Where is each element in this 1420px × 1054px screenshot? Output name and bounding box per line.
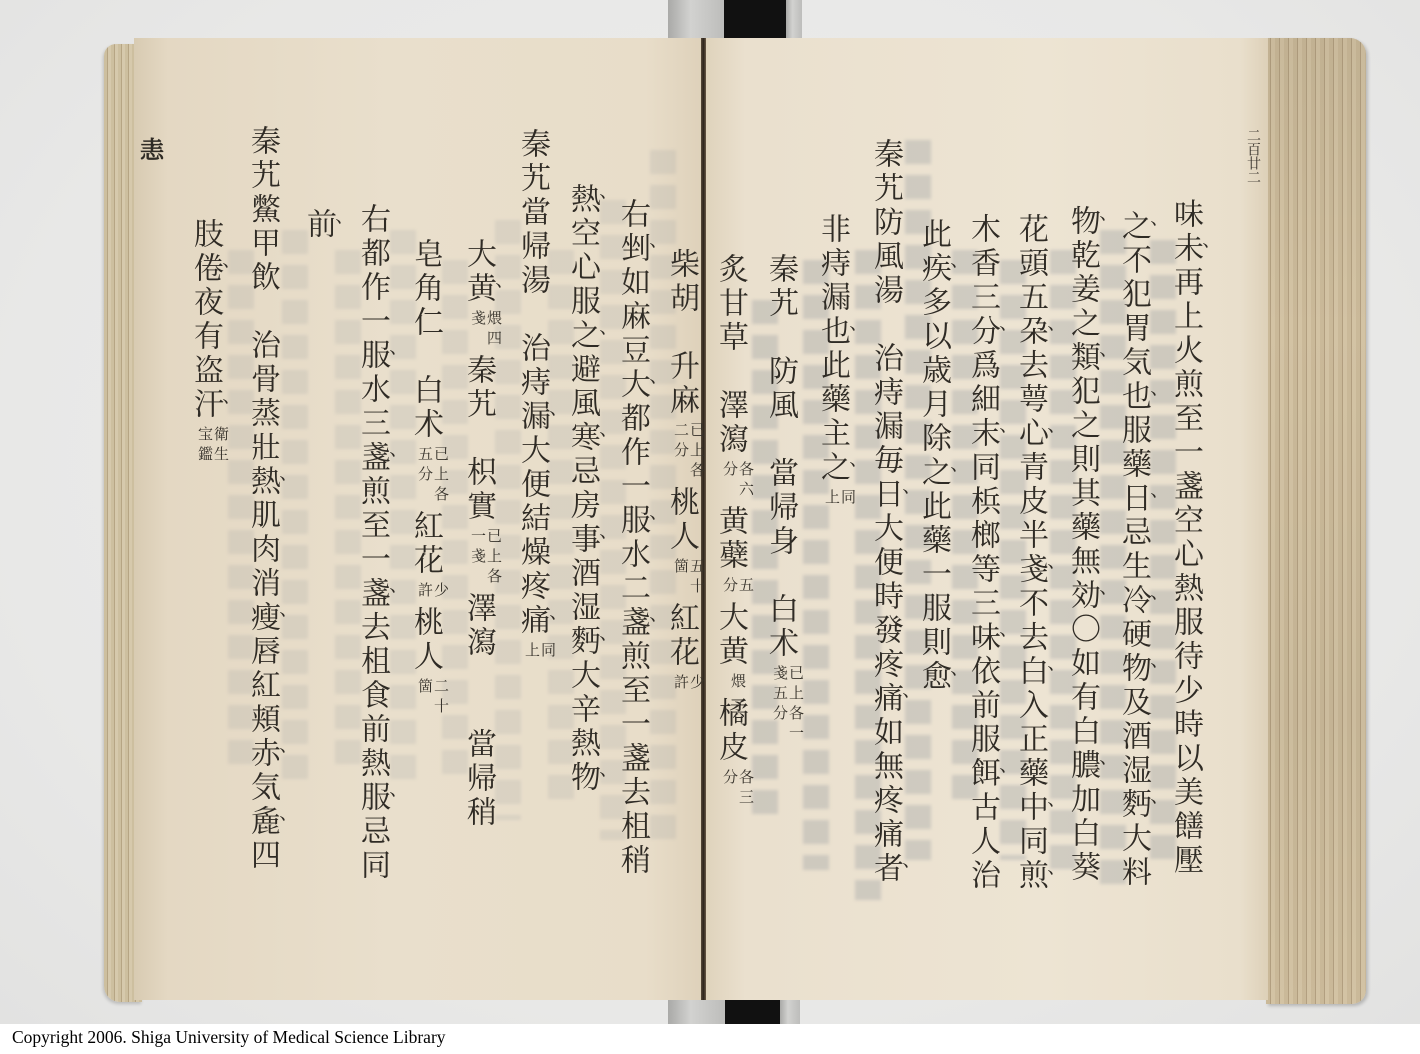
main-text: 味未、再上火煎至一盞空心熱服待少時以美饍壓	[1168, 198, 1203, 878]
bleed-through-column	[282, 230, 308, 790]
text-column: 右都作一服、水三盞、煎至一盞、去柤食前熱服、忌同	[354, 203, 390, 883]
note-line: 已上各一	[788, 665, 804, 745]
main-text: 大黄	[713, 601, 748, 669]
ingredients-column: 秦艽 防風 當帰身 白术已上各一戔五分	[762, 253, 804, 749]
note-line: 分	[722, 769, 738, 809]
punctuation-mark: 、	[206, 398, 230, 422]
ingredients-column: 柴胡 升麻已上各二分桃人五十箇紅花少許	[663, 248, 705, 698]
punctuation-mark: 、	[373, 349, 397, 373]
punctuation-mark: 、	[533, 410, 557, 434]
punctuation-mark: 、	[373, 587, 397, 611]
text-column: 非痔漏也、此藥主之、同上	[814, 213, 856, 513]
punctuation-mark: 、	[479, 282, 503, 306]
ingredients-column: 大黄、煨四戔秦艽 枳實已上各一戔澤瀉 當帰稍	[460, 238, 502, 830]
ingredients-column: 炙甘草 澤瀉各六分黄蘗五分大黄煨橘皮各三分	[712, 253, 754, 813]
note-line: 許	[417, 582, 433, 602]
punctuation-mark: 、	[934, 670, 958, 694]
recipe-heading-column: 秦艽當帰湯 治痔漏、大便結燥疼痛、同上	[514, 128, 556, 666]
punctuation-mark: 、	[583, 431, 607, 455]
punctuation-mark: 、	[934, 262, 958, 286]
note-line: 各三	[738, 769, 754, 809]
main-text: 花頭五朶、去萼心、青皮半戔、不去白、入正藥中、同煎、	[1013, 213, 1048, 893]
note-line: 衛生	[213, 426, 229, 466]
punctuation-mark: 、	[1083, 351, 1107, 375]
binding-clip-bottom-metal	[668, 1000, 725, 1024]
note-line: 二分	[673, 422, 689, 482]
main-text: 大黄、	[461, 238, 496, 306]
left-page-margin-mark: 恚	[140, 130, 164, 165]
recipe-heading-column: 秦艽鱉甲飲 治骨蒸壯熱、肌肉消瘦、唇紅頬赤、気麁、四	[244, 125, 280, 873]
punctuation-mark: 、	[833, 325, 857, 349]
punctuation-mark: 、	[1134, 390, 1158, 414]
interlinear-note: 已上各五分	[417, 446, 449, 506]
note-line: 分	[722, 461, 738, 501]
punctuation-mark: 、	[983, 325, 1007, 349]
interlinear-note: 各三分	[722, 769, 754, 809]
main-text: 秦艽 枳實	[461, 354, 496, 524]
punctuation-mark: 、	[373, 451, 397, 475]
punctuation-mark: 、	[1134, 662, 1158, 686]
interlinear-note: 煨四戔	[470, 310, 502, 350]
punctuation-mark: 、	[583, 771, 607, 795]
punctuation-mark: 、	[1186, 242, 1210, 266]
main-text: 秦艽當帰湯 治痔漏、大便結燥疼痛、	[515, 128, 550, 638]
main-text: 右都作一服、水三盞、煎至一盞、去柤食前熱服、忌同	[355, 203, 390, 883]
punctuation-mark: 、	[583, 533, 607, 557]
note-line: 分	[722, 577, 738, 597]
binding-clip-top	[724, 0, 786, 38]
main-text: 澤瀉 當帰稍	[461, 592, 496, 830]
interlinear-note: 衛生宝鑑	[197, 426, 229, 466]
note-line: 各六	[738, 461, 754, 501]
binding-clip-bottom-metal	[780, 1000, 800, 1024]
text-column: 右剉、如麻豆大、都作一服、水二盞、煎至一盞去柤稍	[614, 198, 650, 878]
interlinear-note: 已上各一戔五分	[772, 665, 804, 745]
right-page-number: 二百廿二	[1244, 128, 1262, 184]
note-line: 戔五分	[772, 665, 788, 745]
punctuation-mark: 、	[886, 488, 910, 512]
interlinear-note: 少許	[673, 674, 705, 694]
main-text: 桃人	[408, 606, 443, 674]
note-line: 許	[673, 674, 689, 694]
main-text: 紅花	[408, 510, 443, 578]
punctuation-mark: 、	[373, 791, 397, 815]
main-text: 皂角仁 白术	[408, 238, 443, 442]
note-line: 一戔	[470, 528, 486, 588]
interlinear-note: 五分	[722, 577, 754, 597]
note-line: 少	[689, 674, 705, 694]
main-text: 前、	[301, 208, 336, 242]
interlinear-note: 二十箇	[417, 678, 449, 718]
main-text: 橘皮	[713, 697, 748, 765]
punctuation-mark: 、	[633, 514, 657, 538]
note-line: 上	[824, 489, 840, 509]
main-text: 秦艽鱉甲飲 治骨蒸壯熱、肌肉消瘦、唇紅頬赤、気麁、四	[245, 125, 280, 873]
main-text: 秦艽 防風 當帰身 白术	[763, 253, 798, 661]
interlinear-note: 已上各一戔	[470, 528, 502, 588]
punctuation-mark: 、	[263, 747, 287, 771]
main-text: 熱、空心服之、避風寒、忌房事、酒湿麪、大辛熱物、	[565, 183, 600, 795]
note-line: 已上各	[689, 422, 705, 482]
main-text: 非痔漏也、此藥主之、	[815, 213, 850, 485]
punctuation-mark: 、	[263, 611, 287, 635]
punctuation-mark: 、	[633, 616, 657, 640]
text-column: 味未、再上火煎至一盞空心熱服待少時以美饍壓	[1167, 198, 1203, 878]
text-column: 物、乾姜之類、犯之則其藥無効、〇如有白膿、加白葵	[1064, 205, 1100, 885]
text-column: 肢倦、夜有盗汗、衛生宝鑑	[187, 218, 229, 470]
main-text: 右剉、如麻豆大、都作一服、水二盞、煎至一盞去柤稍	[615, 198, 650, 878]
punctuation-mark: 、	[1083, 215, 1107, 239]
main-text: 紅花	[664, 602, 699, 670]
punctuation-mark: 、	[983, 767, 1007, 791]
punctuation-mark: 、	[1083, 589, 1107, 613]
text-column: 此疾、多以歳月除之、此藥一服則愈、	[915, 218, 951, 694]
recipe-heading-column: 秦艽防風湯 治痔漏毎日、大便時發疼痛、如無疼痛者、	[867, 138, 903, 886]
binding-clip-bottom	[725, 1000, 780, 1024]
interlinear-note: 同上	[824, 489, 856, 509]
note-line: 煨四	[486, 310, 502, 350]
note-line: 五分	[417, 446, 433, 506]
punctuation-mark: 、	[1031, 869, 1055, 893]
main-text: 肢倦、夜有盗汗、	[188, 218, 223, 422]
punctuation-mark: 、	[934, 466, 958, 490]
main-text: 木香三分、爲細末、同梹榔等三味、依前服餌、古人治	[965, 213, 1000, 893]
punctuation-mark: 、	[319, 218, 343, 242]
interlinear-note: 煨	[730, 673, 746, 693]
punctuation-mark: 、	[1031, 427, 1055, 451]
note-line: 上	[524, 642, 540, 662]
punctuation-mark: 、	[533, 614, 557, 638]
note-line: 戔	[470, 310, 486, 350]
text-column: 熱、空心服之、避風寒、忌房事、酒湿麪、大辛熱物、	[564, 183, 600, 795]
main-text: 黄蘗	[713, 505, 748, 573]
binding-clip-top-metal	[668, 0, 724, 38]
main-text: 柴胡 升麻	[664, 248, 699, 418]
punctuation-mark: 、	[1134, 220, 1158, 244]
punctuation-mark: 、	[1031, 665, 1055, 689]
note-line: 五	[738, 577, 754, 597]
right-page-edge-stack	[1266, 38, 1366, 1004]
punctuation-mark: 、	[263, 475, 287, 499]
text-column: 之、不犯胃気也、服藥日、忌生冷、硬物、及酒湿麪、大料	[1115, 210, 1151, 890]
punctuation-mark: 、	[1134, 798, 1158, 822]
interlinear-note: 已上各二分	[673, 422, 705, 482]
punctuation-mark: 、	[886, 862, 910, 886]
note-line: 煨	[730, 673, 746, 693]
main-text: 秦艽防風湯 治痔漏毎日、大便時發疼痛、如無疼痛者、	[868, 138, 903, 886]
interlinear-note: 少許	[417, 582, 449, 602]
copyright-notice: Copyright 2006. Shiga University of Medi…	[12, 1027, 446, 1048]
text-column: 花頭五朶、去萼心、青皮半戔、不去白、入正藥中、同煎、	[1012, 213, 1048, 893]
note-line: 同	[840, 489, 856, 509]
punctuation-mark: 、	[983, 427, 1007, 451]
punctuation-mark: 、	[633, 378, 657, 402]
main-text: 桃人	[664, 486, 699, 554]
punctuation-mark: 、	[583, 193, 607, 217]
punctuation-mark: 、	[1134, 594, 1158, 618]
main-text: 物、乾姜之類、犯之則其藥無効、〇如有白膿、加白葵	[1065, 205, 1100, 885]
main-text: 之、不犯胃気也、服藥日、忌生冷、硬物、及酒湿麪、大料	[1116, 210, 1151, 890]
ingredients-column: 皂角仁 白术已上各五分紅花少許桃人二十箇	[407, 238, 449, 722]
punctuation-mark: 、	[983, 631, 1007, 655]
punctuation-mark: 、	[1031, 325, 1055, 349]
note-line: 五十	[689, 558, 705, 598]
text-column: 木香三分、爲細末、同梹榔等三味、依前服餌、古人治	[964, 213, 1000, 893]
punctuation-mark: 、	[1134, 492, 1158, 516]
main-text: 炙甘草 澤瀉	[713, 253, 748, 457]
punctuation-mark: 、	[1031, 801, 1055, 825]
main-text: 此疾、多以歳月除之、此藥一服則愈、	[916, 218, 951, 694]
interlinear-note: 各六分	[722, 461, 754, 501]
punctuation-mark: 、	[633, 242, 657, 266]
punctuation-mark: 、	[583, 329, 607, 353]
punctuation-mark: 、	[886, 692, 910, 716]
interlinear-note: 同上	[524, 642, 556, 662]
note-line: 宝鑑	[197, 426, 213, 466]
text-column: 前、	[300, 208, 336, 242]
punctuation-mark: 、	[1031, 563, 1055, 587]
binding-clip-top-metal	[786, 0, 802, 38]
punctuation-mark: 、	[206, 262, 230, 286]
note-line: 二十	[433, 678, 449, 718]
punctuation-mark: 、	[833, 461, 857, 485]
punctuation-mark: 、	[1083, 759, 1107, 783]
punctuation-mark: 、	[263, 815, 287, 839]
note-line: 箇	[673, 558, 689, 598]
note-line: 少	[433, 582, 449, 602]
punctuation-mark: 、	[583, 635, 607, 659]
note-line: 同	[540, 642, 556, 662]
note-line: 已上各	[433, 446, 449, 506]
interlinear-note: 五十箇	[673, 558, 705, 598]
note-line: 已上各	[486, 528, 502, 588]
note-line: 箇	[417, 678, 433, 718]
